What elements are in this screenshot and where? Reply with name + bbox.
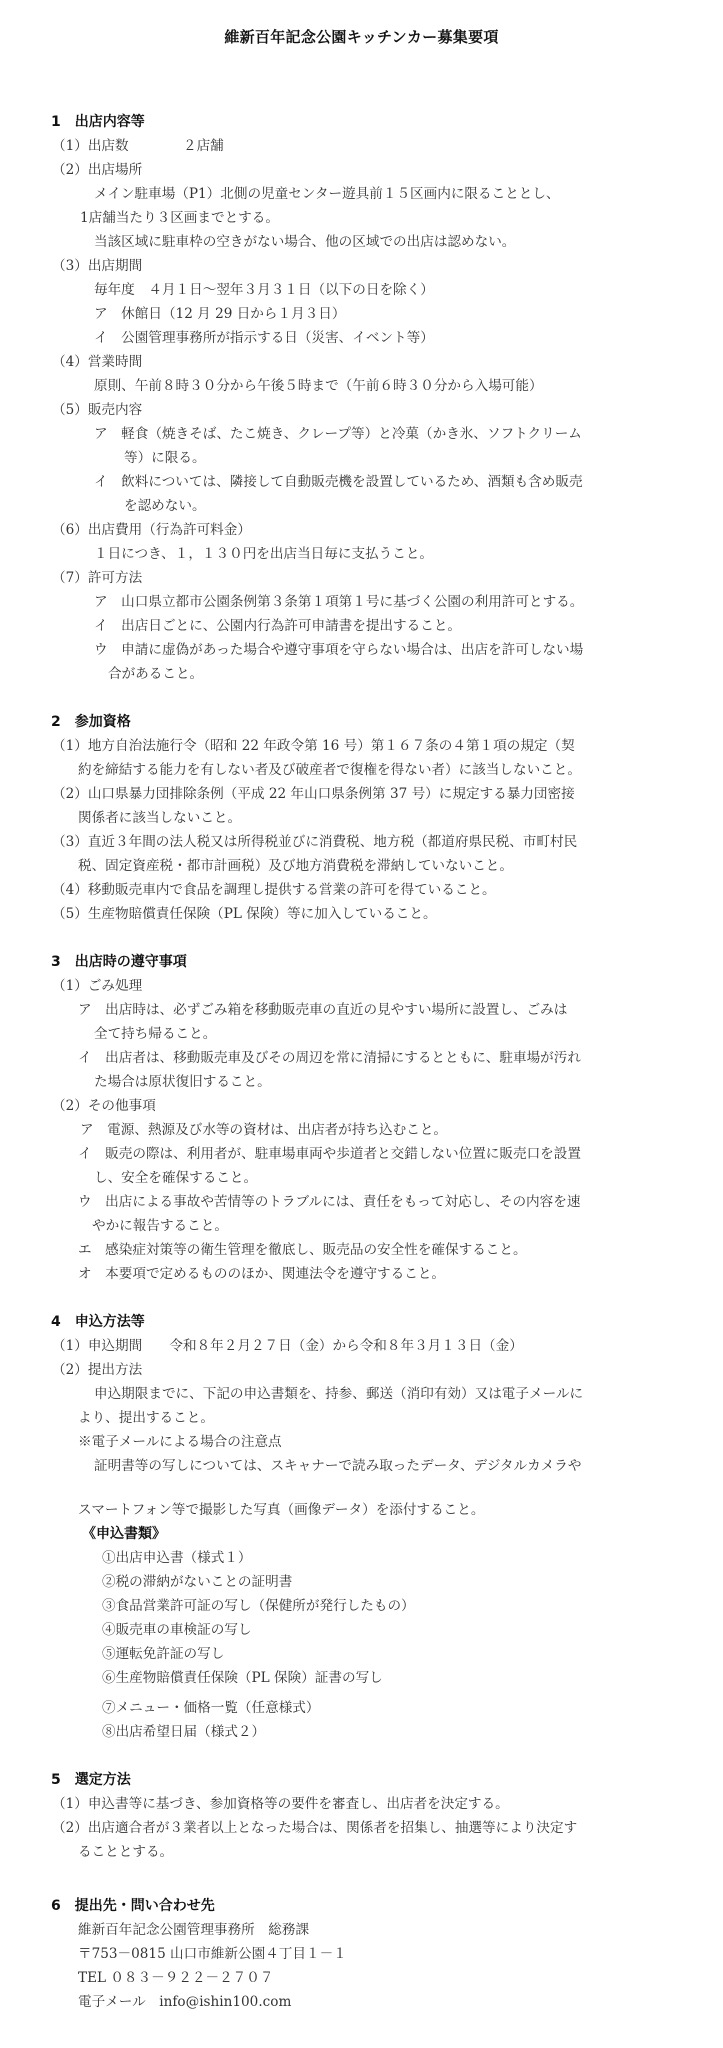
text-line: 〒753－0815 山口市維新公園４丁目１－１ (78, 1944, 347, 1964)
text-line: ※電子メールによる場合の注意点 (78, 1432, 282, 1452)
text-line: （2）山口県暴力団排除条例（平成 22 年山口県条例第 37 号）に規定する暴力… (52, 784, 575, 804)
text-line: 約を締結する能力を有しない者及び破産者で復権を得ない者）に該当しないこと。 (78, 760, 581, 780)
text-line: （1）地方自治法施行令（昭和 22 年政令第 16 号）第１６７条の４第１項の規… (52, 736, 575, 756)
document-title: 維新百年記念公園キッチンカー募集要項 (0, 26, 723, 47)
section-heading: 1 出店内容等 (51, 112, 145, 132)
text-line: （7）許可方法 (52, 568, 142, 588)
text-line: 維新百年記念公園管理事務所 総務課 (78, 1920, 309, 1940)
text-line: （2）その他事項 (52, 1096, 156, 1116)
text-line: イ 出店日ごとに、公園内行為許可申請書を提出すること。 (94, 616, 461, 636)
text-line: （1）ごみ処理 (52, 976, 142, 996)
text-line: ③食品営業許可証の写し（保健所が発行したもの） (102, 1596, 415, 1616)
section-heading: 4 申込方法等 (51, 1312, 145, 1332)
text-line: （1）出店数 ２店舗 (52, 136, 224, 156)
text-line: （5）販売内容 (52, 400, 142, 420)
text-line: （1）申込期間 令和８年２月２７日（金）から令和８年３月１３日（金） (52, 1336, 523, 1356)
text-line: イ 公園管理事務所が指示する日（災害、イベント等） (94, 328, 434, 348)
text-line: ④販売車の車検証の写し (102, 1620, 252, 1640)
text-line: やかに報告すること。 (92, 1216, 228, 1236)
text-line: ウ 申請に虚偽があった場合や遵守事項を守らない場合は、出店を許可しない場 (94, 640, 583, 660)
text-line: 関係者に該当しないこと。 (78, 808, 241, 828)
text-line: た場合は原状復旧すること。 (94, 1072, 271, 1092)
text-line: 当該区域に駐車枠の空きがない場合、他の区域での出店は認めない。 (94, 232, 515, 252)
text-line: （4）営業時間 (52, 352, 142, 372)
text-line: イ 飲料については、隣接して自動販売機を設置しているため、酒類も含め販売 (94, 472, 583, 492)
text-line: 申込期限までに、下記の申込書類を、持参、郵送（消印有効）又は電子メールに (94, 1384, 583, 1404)
text-line: ⑤運転免許証の写し (102, 1644, 224, 1664)
section-heading: 6 提出先・問い合わせ先 (51, 1896, 215, 1916)
text-line: 全て持ち帰ること。 (94, 1024, 216, 1044)
text-line: イ 販売の際は、利用者が、駐車場車両や歩道者と交錯しない位置に販売口を設置 (78, 1144, 581, 1164)
text-line: （2）出店適合者が３業者以上となった場合は、関係者を招集し、抽選等により決定す (52, 1818, 577, 1838)
text-line: ア 軽食（焼きそば、たこ焼き、クレープ等）と冷菓（かき氷、ソフトクリーム (94, 424, 582, 444)
text-line: 税、固定資産税・都市計画税）及び地方消費税を滞納していないこと。 (78, 856, 513, 876)
text-line: （3）直近３年間の法人税又は所得税並びに消費税、地方税（都道府県民税、市町村民 (52, 832, 577, 852)
text-line: オ 本要項で定めるもののほか、関連法令を遵守すること。 (78, 1264, 445, 1284)
section-heading: 2 参加資格 (51, 712, 131, 732)
text-line: （3）出店期間 (52, 256, 142, 276)
text-line: ア 出店時は、必ずごみ箱を移動販売車の直近の見やすい場所に設置し、ごみは (78, 1000, 567, 1020)
text-line: 1店舗当たり３区画までとする。 (80, 208, 279, 228)
text-line: を認めない。 (124, 496, 206, 516)
section-heading: 《申込書類》 (82, 1524, 166, 1544)
text-line: （2）提出方法 (52, 1360, 142, 1380)
text-line: イ 出店者は、移動販売車及びその周辺を常に清掃にするとともに、駐車場が汚れ (78, 1048, 581, 1068)
text-line: （6）出店費用（行為許可料金） (52, 520, 251, 540)
text-line: ⑧出店希望日届（様式２） (102, 1722, 265, 1742)
text-line: ア 山口県立都市公園条例第３条第１項第１号に基づく公園の利用許可とする。 (94, 592, 583, 612)
text-line: ア 電源、熱源及び水等の資材は、出店者が持ち込むこと。 (80, 1120, 447, 1140)
text-line: １日につき、１，１３０円を出店当日毎に支払うこと。 (94, 544, 433, 564)
text-line: 原則、午前８時３０分から午後５時まで（午前６時３０分から入場可能） (94, 376, 543, 396)
text-line: （5）生産物賠償責任保険（PL 保険）等に加入していること。 (52, 904, 437, 924)
text-line: 等）に限る。 (124, 448, 206, 468)
text-line: より、提出すること。 (78, 1408, 214, 1428)
text-line: メイン駐車場（P1）北側の児童センター遊具前１５区画内に限ることとし、 (94, 184, 560, 204)
text-line: ウ 出店による事故や苦情等のトラブルには、責任をもって対応し、その内容を速 (78, 1192, 580, 1212)
text-line: TEL ０８３－９２２－２７０７ (78, 1968, 273, 1988)
text-line: （2）出店場所 (52, 160, 142, 180)
text-line: 毎年度 ４月１日～翌年３月３１日（以下の日を除く） (94, 280, 434, 300)
text-line: ⑥生産物賠償責任保険（PL 保険）証書の写し (102, 1668, 383, 1688)
text-line: ⑦メニュー・価格一覧（任意様式） (102, 1698, 320, 1718)
text-line: ることとする。 (78, 1842, 173, 1862)
text-line: （1）申込書等に基づき、参加資格等の要件を審査し、出店者を決定する。 (52, 1794, 509, 1814)
section-heading: 3 出店時の遵守事項 (51, 952, 187, 972)
text-line: （4）移動販売車内で食品を調理し提供する営業の許可を得ていること。 (52, 880, 496, 900)
section-heading: 5 選定方法 (51, 1770, 131, 1790)
text-line: し、安全を確保すること。 (94, 1168, 257, 1188)
text-line: エ 感染症対策等の衛生管理を徹底し、販売品の安全性を確保すること。 (78, 1240, 527, 1260)
text-line: スマートフォン等で撮影した写真（画像データ）を添付すること。 (78, 1500, 484, 1520)
text-line: ア 休館日（12 月 29 日から１月３日） (94, 304, 345, 324)
text-line: 証明書等の写しについては、スキャナーで読み取ったデータ、デジタルカメラや (94, 1456, 581, 1476)
text-line: ①出店申込書（様式１） (102, 1548, 252, 1568)
text-line: ②税の滞納がないことの証明書 (102, 1572, 292, 1592)
text-line: 合があること。 (108, 664, 203, 684)
document-page: 維新百年記念公園キッチンカー募集要項 1 出店内容等（1）出店数 ２店舗（2）出… (0, 0, 723, 2048)
text-line[interactable]: 電子メール info@ishin100.com (78, 1992, 291, 2012)
